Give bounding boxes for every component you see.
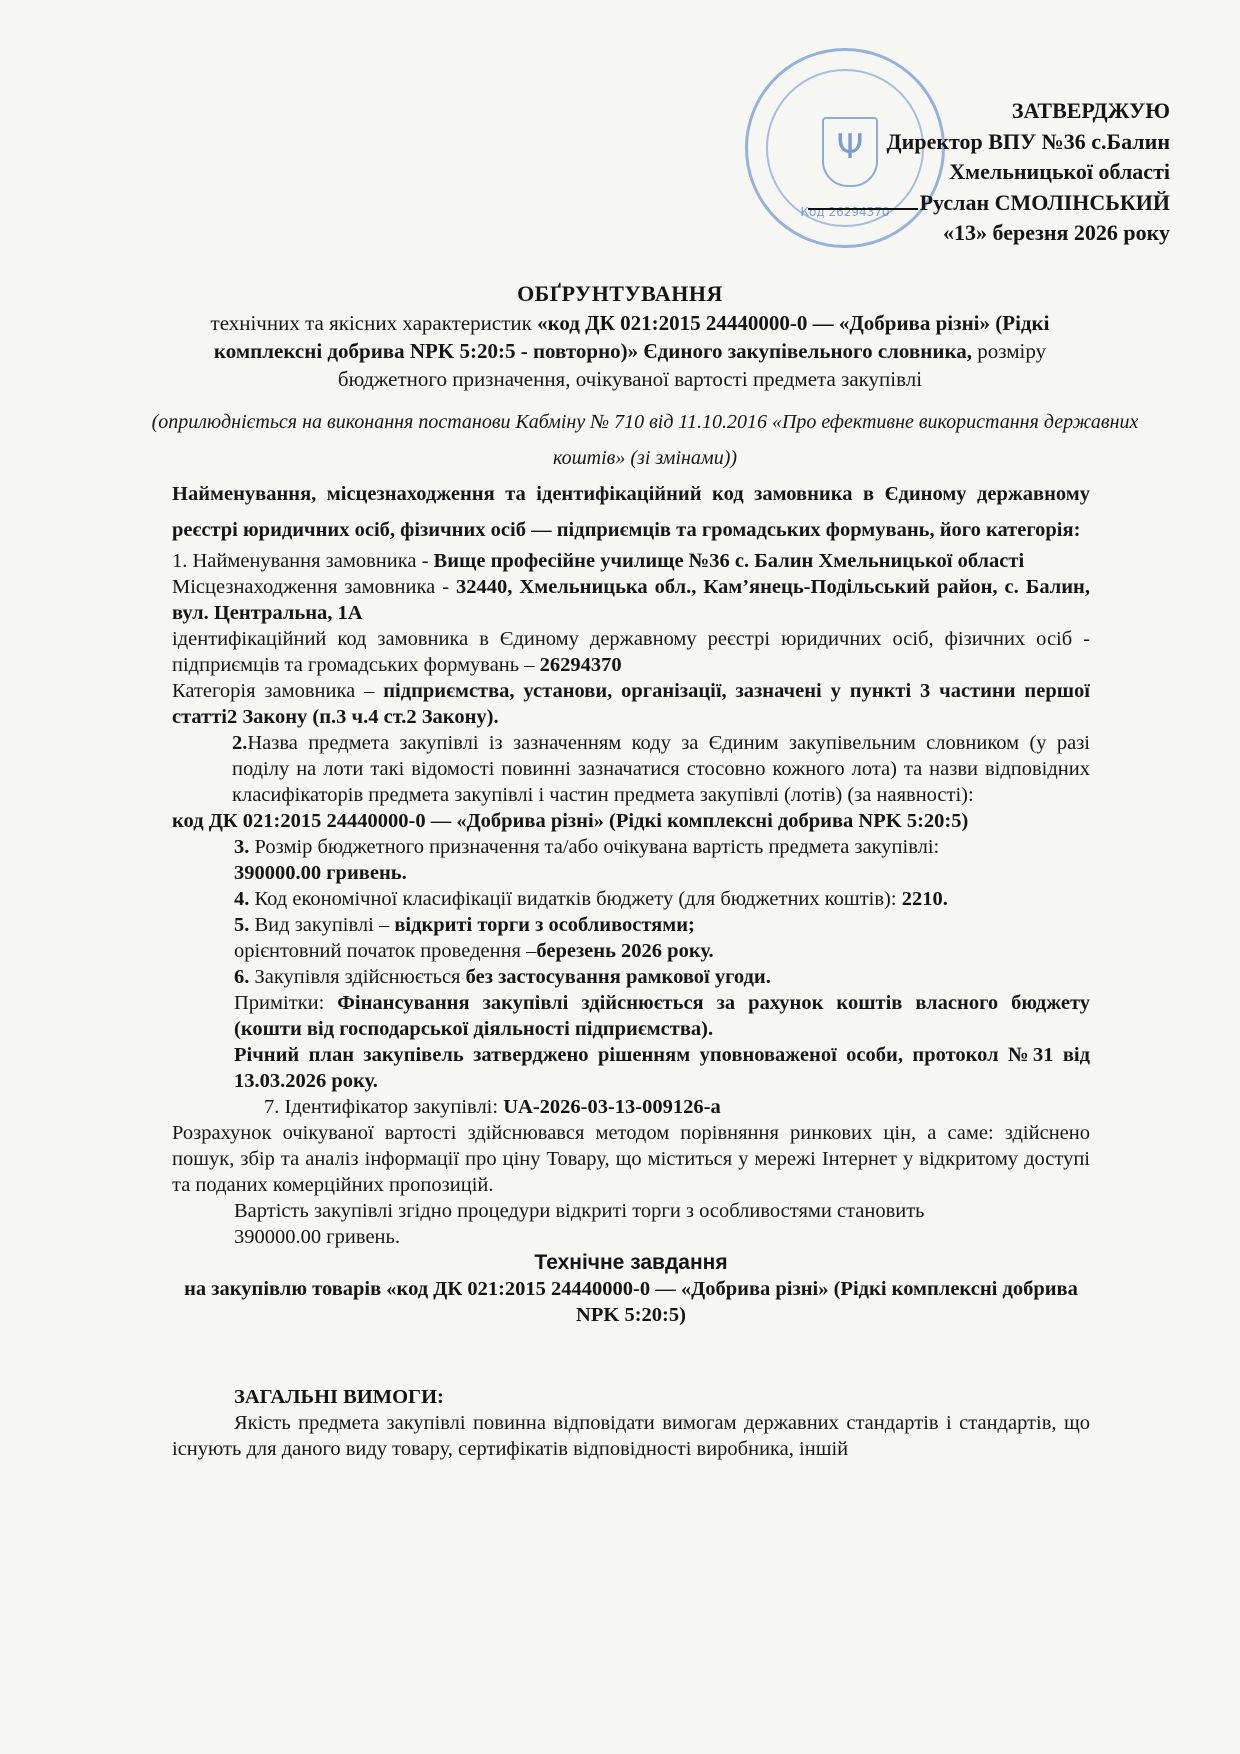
item-5-start: орієнтовний початок проведення –березень… [172, 938, 1090, 964]
item-4: 4. Код економічної класифікації видатків… [172, 886, 1090, 912]
item-2: 2.Назва предмета закупівлі із зазначення… [172, 730, 1090, 808]
customer-id: ідентифікаційний код замовника в Єдиному… [172, 626, 1090, 678]
customer-category: Категорія замовника – підприємства, уста… [172, 678, 1090, 730]
approval-heading: ЗАТВЕРДЖУЮ [808, 96, 1170, 127]
item-7: 7. Ідентифікатор закупівлі: UA-2026-03-1… [172, 1094, 1090, 1120]
customer-intro: Найменування, місцезнаходження та іденти… [172, 476, 1090, 548]
document-page: Ψ Код 26294370 ЗАТВЕРДЖУЮ Директор ВПУ №… [0, 0, 1240, 1754]
item-5: 5. Вид закупівлі – відкриті торги з особ… [172, 912, 1090, 938]
publication-note: (оприлюдніється на виконання постанови К… [150, 404, 1140, 476]
cost-line: Вартість закупівлі згідно процедури відк… [172, 1198, 1090, 1224]
general-requirements-text: Якість предмета закупівлі повинна відпов… [172, 1410, 1090, 1462]
approval-date: «13» березня 2026 року [808, 218, 1170, 249]
approval-signatory: Руслан СМОЛІНСЬКИЙ [808, 188, 1170, 219]
signature-line [808, 190, 918, 210]
item-3: 3. Розмір бюджетного призначення та/або … [172, 834, 1090, 860]
item-2-code: код ДК 021:2015 24440000-0 — «Добрива рі… [172, 808, 1090, 834]
customer-location: Місцезнаходження замовника - 32440, Хмел… [172, 574, 1090, 626]
item-3-value: 390000.00 гривень. [172, 860, 1090, 886]
approval-block: ЗАТВЕРДЖУЮ Директор ВПУ №36 с.Балин Хмел… [808, 96, 1170, 249]
general-requirements-title: ЗАГАЛЬНІ ВИМОГИ: [172, 1384, 1090, 1410]
document-body: Найменування, місцезнаходження та іденти… [172, 476, 1090, 1462]
document-subtitle: технічних та якісних характеристик «код … [170, 309, 1090, 393]
calculation-method: Розрахунок очікуваної вартості здійснюва… [172, 1120, 1090, 1198]
cost-value: 390000.00 гривень. [172, 1224, 1090, 1250]
annual-plan: Річний план закупівель затверджено рішен… [172, 1042, 1090, 1094]
tech-subtitle: на закупівлю товарів «код ДК 021:2015 24… [172, 1276, 1090, 1328]
approval-region: Хмельницької області [808, 157, 1170, 188]
tech-title: Технічне завдання [172, 1250, 1090, 1276]
approval-position: Директор ВПУ №36 с.Балин [808, 127, 1170, 158]
customer-name: 1. Найменування замовника - Вище професі… [172, 548, 1090, 574]
notes: Примітки: Фінансування закупівлі здійсню… [172, 990, 1090, 1042]
document-title: ОБҐРУНТУВАННЯ [0, 281, 1240, 307]
item-6: 6. Закупівля здійснюється без застосуван… [172, 964, 1090, 990]
